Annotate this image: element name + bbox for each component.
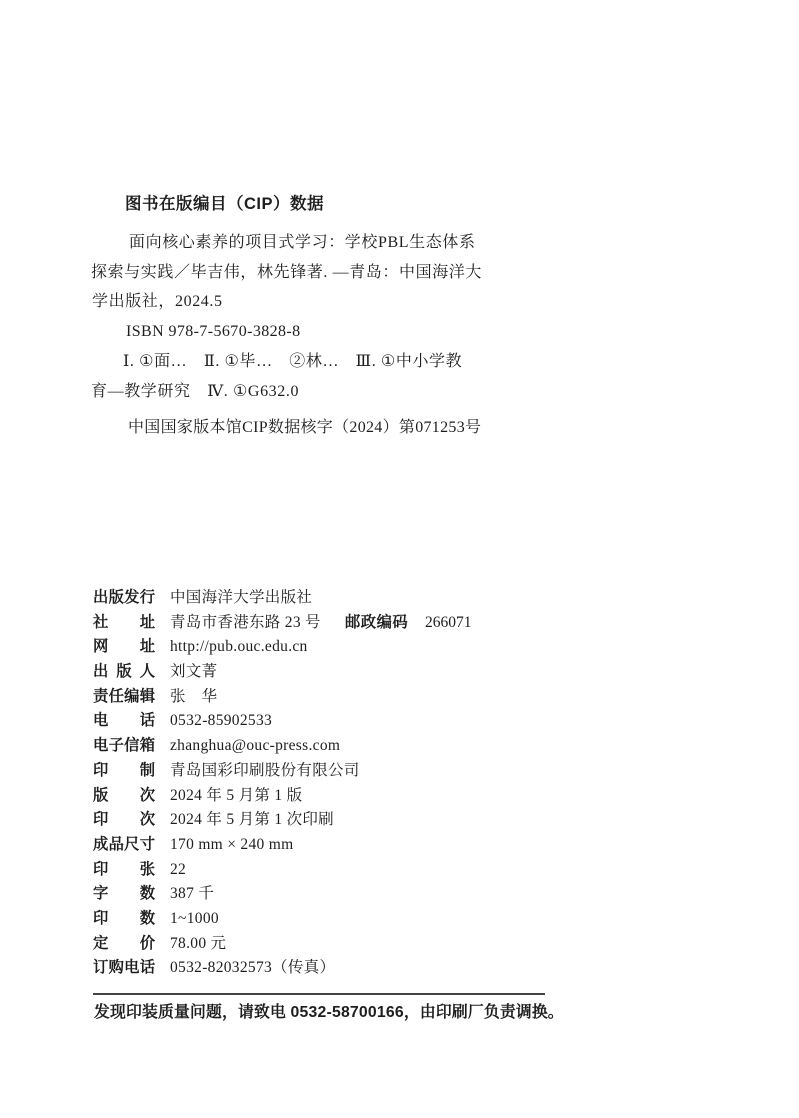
field-label: 电子信箱 (93, 734, 155, 759)
field-label: 出版发行 (93, 586, 155, 611)
publication-row: 印制青岛国彩印刷股份有限公司 (93, 759, 653, 784)
field-label: 社址 (93, 611, 155, 636)
publication-row: 出版人刘文菁 (93, 660, 653, 685)
field-label: 字数 (93, 882, 155, 907)
publication-row: 电子信箱zhanghua@ouc-press.com (93, 734, 653, 759)
field-label: 印数 (93, 907, 155, 932)
field-label: 责任编辑 (93, 685, 155, 710)
field-value: 2024 年 5 月第 1 次印刷 (170, 811, 334, 828)
field-value: 1~1000 (170, 910, 219, 927)
field-value: http://pub.ouc.edu.cn (170, 638, 308, 655)
publication-row: 订购电话0532-82032573（传真） (93, 956, 653, 981)
field-value: 0532-85902533 (170, 712, 272, 729)
field-value: 78.00 元 (170, 935, 226, 952)
publication-row: 网址http://pub.ouc.edu.cn (93, 635, 653, 660)
publication-row: 版次2024 年 5 月第 1 版 (93, 784, 653, 809)
publication-row: 印次2024 年 5 月第 1 次印刷 (93, 808, 653, 833)
field-label: 印张 (93, 858, 155, 883)
cip-description-line: 学出版社，2024.5 (92, 292, 223, 312)
field-value: 青岛市香港东路 23 号 (170, 614, 321, 631)
field-value: 22 (170, 861, 186, 878)
field-value: 387 千 (170, 885, 214, 902)
cip-description-line: 探索与实践／毕吉伟，林先锋著. —青岛：中国海洋大 (91, 263, 482, 283)
field-value: 青岛国彩印刷股份有限公司 (170, 762, 360, 779)
publication-info-list: 出版发行中国海洋大学出版社社址青岛市香港东路 23 号邮政编码266071网址h… (93, 586, 653, 981)
cip-description-line: 面向核心素养的项目式学习：学校PBL生态体系 (129, 233, 476, 253)
publication-row: 电话0532-85902533 (93, 709, 653, 734)
field-label: 出版人 (93, 660, 155, 685)
classification-line: Ⅰ. ①面… Ⅱ. ①毕… ②林… Ⅲ. ①中小学教 (123, 352, 462, 372)
field-value: 中国海洋大学出版社 (170, 589, 312, 606)
publication-row: 社址青岛市香港东路 23 号邮政编码266071 (93, 611, 653, 636)
field-value: 张 华 (170, 688, 217, 705)
publication-row: 印数1~1000 (93, 907, 653, 932)
field-value: 170 mm × 240 mm (170, 836, 293, 853)
postal-code-value: 266071 (425, 611, 472, 636)
publication-row: 成品尺寸170 mm × 240 mm (93, 833, 653, 858)
field-label: 版次 (93, 784, 155, 809)
quality-notice: 发现印装质量问题，请致电 0532-58700166，由印刷厂负责调换。 (94, 1003, 564, 1023)
publication-row: 出版发行中国海洋大学出版社 (93, 586, 653, 611)
field-label: 定价 (93, 932, 155, 957)
field-value: zhanghua@ouc-press.com (170, 737, 340, 754)
footer-divider (93, 993, 545, 995)
publication-row: 责任编辑张 华 (93, 685, 653, 710)
field-label: 电话 (93, 709, 155, 734)
classification-line: 育—教学研究 Ⅳ. ①G632.0 (91, 382, 299, 402)
field-label: 印制 (93, 759, 155, 784)
isbn-line: ISBN 978-7-5670-3828-8 (126, 322, 301, 342)
cip-heading: 图书在版编目（CIP）数据 (125, 194, 324, 215)
field-label: 印次 (93, 808, 155, 833)
field-value: 刘文菁 (170, 663, 217, 680)
postal-code-label: 邮政编码 (345, 611, 408, 636)
field-label: 成品尺寸 (93, 833, 155, 858)
cip-record-number: 中国国家版本馆CIP数据核字（2024）第071253号 (128, 418, 481, 438)
field-label: 网址 (93, 635, 155, 660)
publication-row: 定价78.00 元 (93, 932, 653, 957)
publication-row: 字数387 千 (93, 882, 653, 907)
publication-row: 印张22 (93, 858, 653, 883)
field-value: 2024 年 5 月第 1 版 (170, 787, 302, 804)
field-value: 0532-82032573（传真） (170, 959, 335, 976)
copyright-page: 图书在版编目（CIP）数据 面向核心素养的项目式学习：学校PBL生态体系 探索与… (0, 0, 799, 1118)
field-label: 订购电话 (93, 956, 155, 981)
